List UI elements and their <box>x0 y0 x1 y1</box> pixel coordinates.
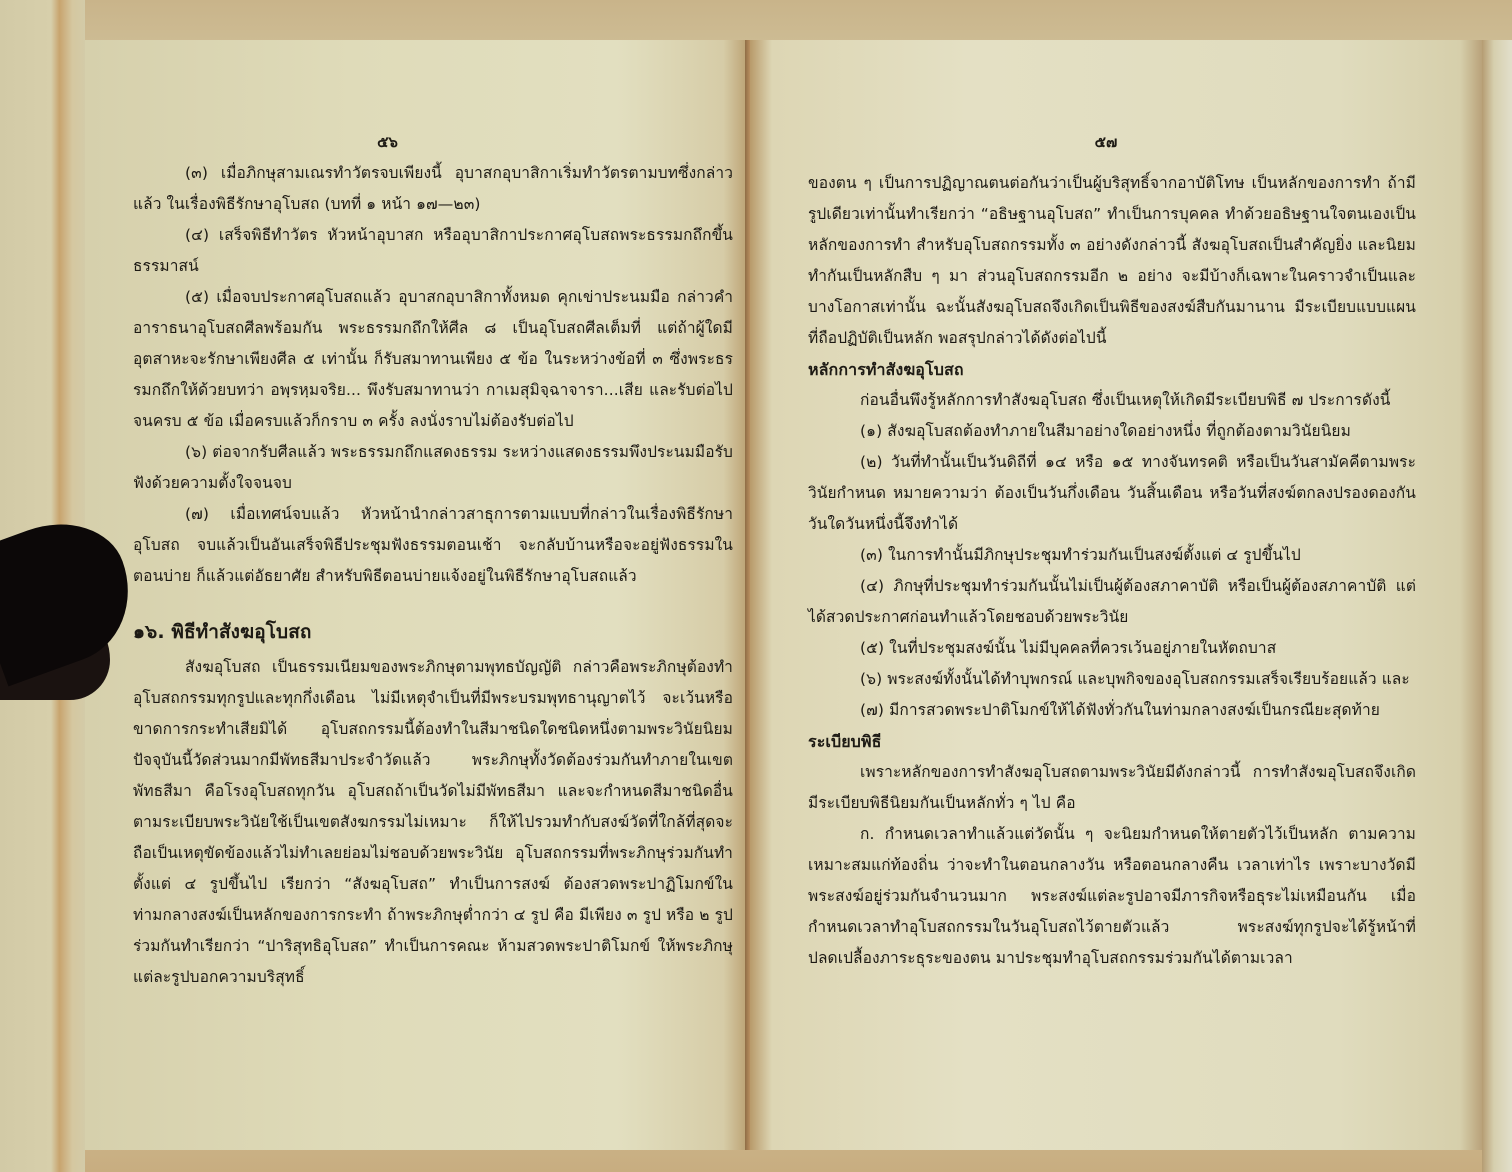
paragraph-item-6: (๖) ต่อจากรับศีลแล้ว พระธรรมกถึกแสดงธรรม… <box>133 437 733 499</box>
right-page-text: ของตน ๆ เป็นการปฏิญาณตนต่อกันว่าเป็นผู้บ… <box>808 168 1416 974</box>
principle-item-1: (๑) สังฆอุโบสถต้องทำภายในสีมาอย่างใดอย่า… <box>808 416 1416 447</box>
section-body: สังฆอุโบสถ เป็นธรรมเนียมของพระภิกษุตามพุ… <box>133 652 733 993</box>
left-page-number: ๕๖ <box>55 130 720 154</box>
principle-item-7: (๗) มีการสวดพระปาติโมกข์ให้ได้ฟังทั่วกัน… <box>808 695 1416 726</box>
principle-item-5: (๕) ในที่ประชุมสงฆ์นั้น ไม่มีบุคคลที่ควร… <box>808 633 1416 664</box>
continued-paragraph: ของตน ๆ เป็นการปฏิญาณตนต่อกันว่าเป็นผู้บ… <box>808 168 1416 354</box>
paragraph-item-3: (๓) เมื่อภิกษุสามเณรทำวัตรจบเพียงนี้ อุบ… <box>133 158 733 220</box>
right-page-number: ๕๗ <box>740 130 1472 154</box>
principles-lead: ก่อนอื่นพึงรู้หลักการทำสังฆอุโบสถ ซึ่งเป… <box>808 385 1416 416</box>
principle-item-6: (๖) พระสงฆ์ทั้งนั้นได้ทำบุพกรณ์ และบุพกิ… <box>808 664 1416 695</box>
ceremony-heading: ระเบียบพิธี <box>808 726 1416 757</box>
right-page: ๕๗ ของตน ๆ เป็นการปฏิญาณตนต่อกันว่าเป็นผ… <box>750 40 1482 1150</box>
ceremony-item-ka: ก. กำหนดเวลาทำแล้วแต่วัดนั้น ๆ จะนิยมกำห… <box>808 819 1416 974</box>
principles-heading: หลักการทำสังฆอุโบสถ <box>808 354 1416 385</box>
left-page: ๕๖ (๓) เมื่อภิกษุสามเณรทำวัตรจบเพียงนี้ … <box>85 40 750 1150</box>
principle-item-4: (๔) ภิกษุที่ประชุมทำร่วมกันนั้นไม่เป็นผู… <box>808 571 1416 633</box>
ceremony-lead: เพราะหลักของการทำสังฆอุโบสถตามพระวินัยมี… <box>808 757 1416 819</box>
paragraph-item-4: (๔) เสร็จพิธีทำวัตร หัวหน้าอุบาสก หรืออุ… <box>133 220 733 282</box>
section-title: ๑๖. พิธีทำสังฆอุโบสถ <box>133 614 733 650</box>
left-page-text: (๓) เมื่อภิกษุสามเณรทำวัตรจบเพียงนี้ อุบ… <box>133 158 733 993</box>
paragraph-item-7: (๗) เมื่อเทศน์จบแล้ว หัวหน้านำกล่าวสาธุก… <box>133 499 733 592</box>
book-right-edge <box>1482 40 1512 1172</box>
principle-item-2: (๒) วันที่ทำนั้นเป็นวันดิถีที่ ๑๔ หรือ ๑… <box>808 447 1416 540</box>
principle-item-3: (๓) ในการทำนั้นมีภิกษุประชุมทำร่วมกันเป็… <box>808 540 1416 571</box>
paragraph-item-5: (๕) เมื่อจบประกาศอุโบสถแล้ว อุบาสกอุบาสิ… <box>133 282 733 437</box>
